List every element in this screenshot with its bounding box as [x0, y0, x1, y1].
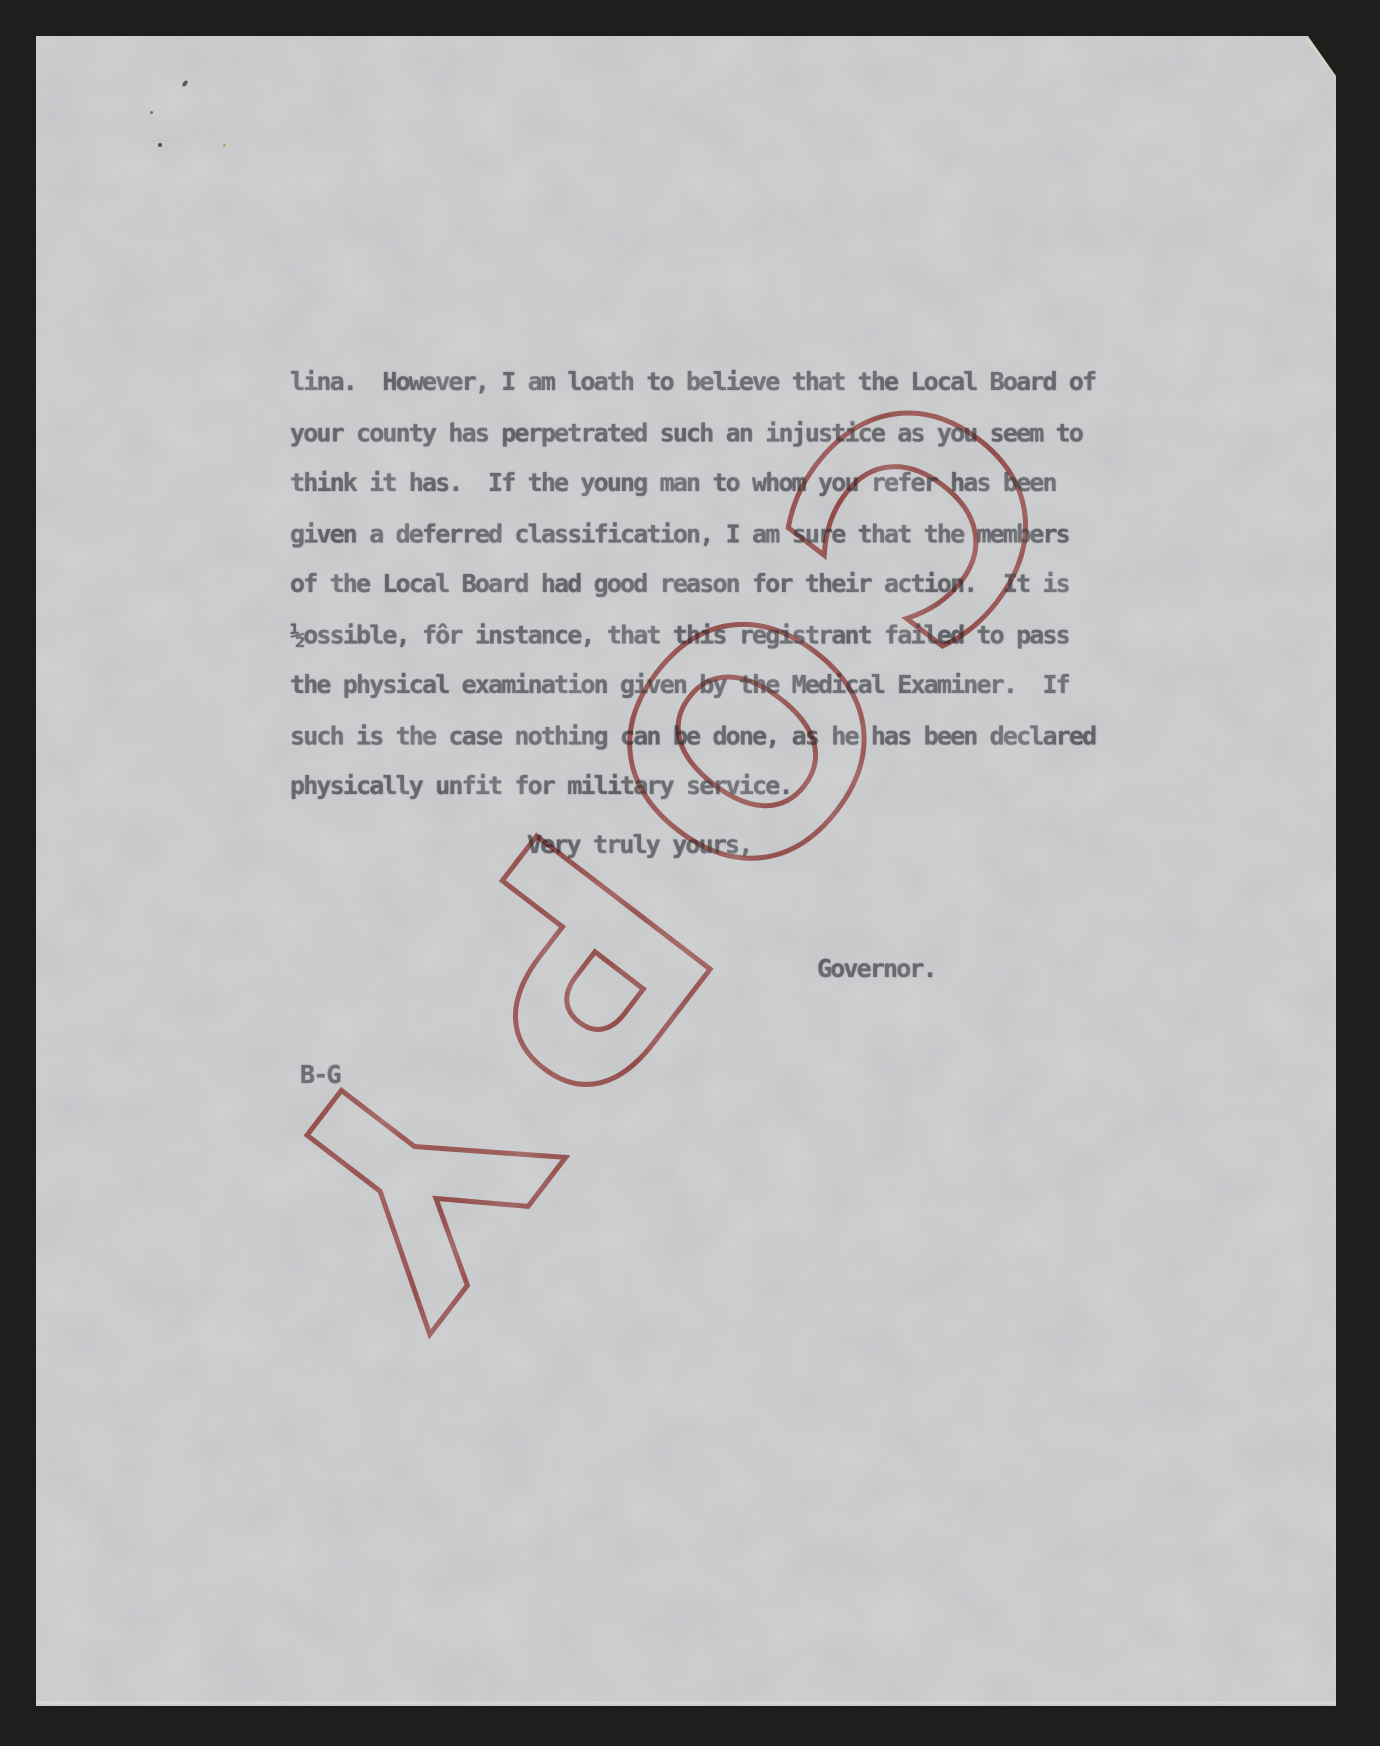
scan-background: lina. However, I am loath to believe tha…: [0, 0, 1380, 1746]
letter-signature-title: Governor.: [817, 944, 936, 995]
letter-page: lina. However, I am loath to believe tha…: [36, 36, 1336, 1706]
paper-bottom-edge: [36, 1701, 1336, 1704]
paper-corner-cut-edge: [1306, 38, 1336, 79]
paper-right-edge: [1333, 76, 1335, 1706]
letter-line: lina. However, I am loath to believe tha…: [290, 357, 1095, 408]
paper-speck: [223, 144, 226, 147]
paper-speck: [150, 111, 153, 114]
paper-speck: [181, 80, 188, 88]
paper-speck: [158, 143, 162, 147]
